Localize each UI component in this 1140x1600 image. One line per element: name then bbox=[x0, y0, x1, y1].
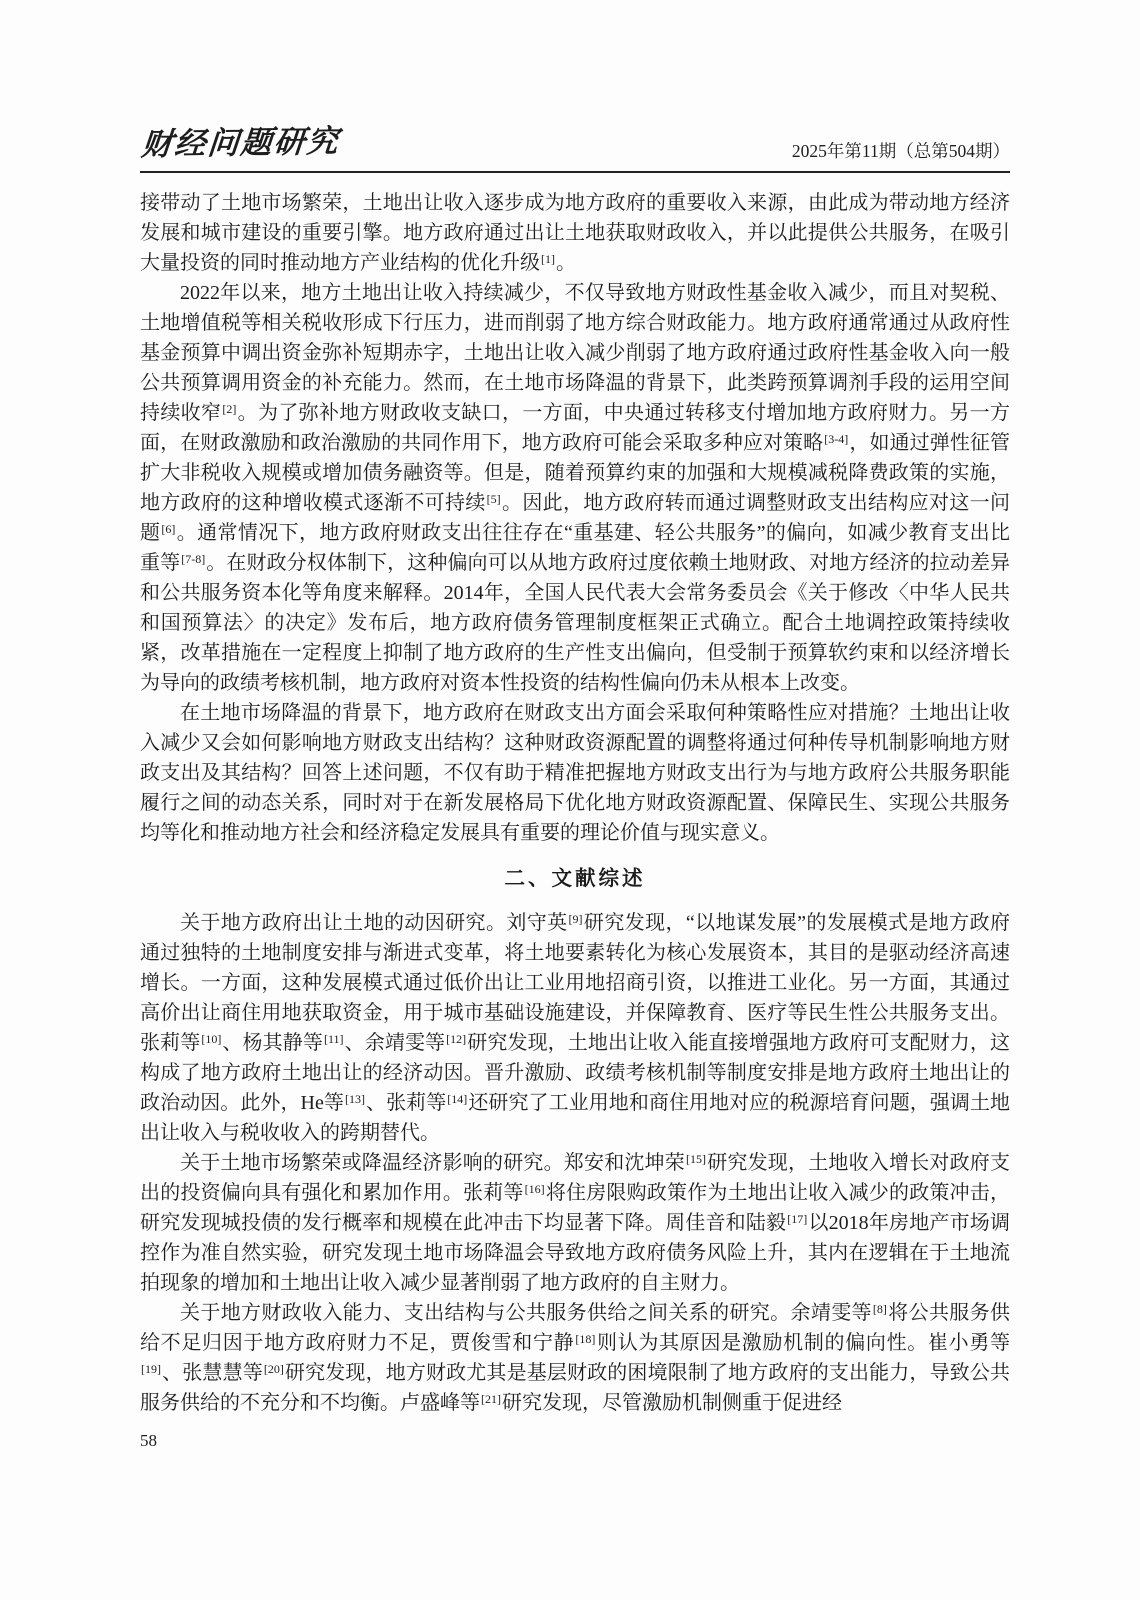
citation-ref: [11] bbox=[323, 1032, 345, 1046]
citation-ref: [16] bbox=[524, 1182, 546, 1196]
citation-ref: [6] bbox=[160, 522, 176, 536]
journal-page: 财经问题研究 2025年第11期（总第504期） 接带动了土地市场繁荣，土地出让… bbox=[0, 0, 1140, 1600]
journal-logo: 财经问题研究 bbox=[140, 125, 341, 163]
issue-info: 2025年第11期（总第504期） bbox=[792, 141, 1010, 162]
citation-ref: [8] bbox=[872, 1302, 888, 1316]
citation-ref: [14] bbox=[446, 1092, 468, 1106]
paragraph: 关于地方财政收入能力、支出结构与公共服务供给之间关系的研究。余靖雯等[8]将公共… bbox=[140, 1298, 1010, 1418]
citation-ref: [18] bbox=[574, 1332, 596, 1346]
paragraph: 关于土地市场繁荣或降温经济影响的研究。郑安和沈坤荣[15]研究发现，土地收入增长… bbox=[140, 1148, 1010, 1298]
citation-ref: [7-8] bbox=[180, 552, 206, 566]
citation-ref: [21] bbox=[480, 1392, 502, 1406]
citation-ref: [10] bbox=[200, 1032, 222, 1046]
citation-ref: [9] bbox=[568, 912, 584, 926]
citation-ref: [19] bbox=[140, 1362, 162, 1376]
citation-ref: [13] bbox=[344, 1092, 366, 1106]
paragraph: 接带动了土地市场繁荣，土地出让收入逐步成为地方政府的重要收入来源，由此成为带动地… bbox=[140, 188, 1010, 278]
citation-ref: [3-4] bbox=[823, 432, 849, 446]
page-header: 财经问题研究 2025年第11期（总第504期） bbox=[140, 128, 1010, 173]
citation-ref: [5] bbox=[486, 492, 502, 506]
paragraph: 在土地市场降温的背景下，地方政府在财政支出方面会采取何种策略性应对措施？土地出让… bbox=[140, 698, 1010, 848]
citation-ref: [12] bbox=[445, 1032, 467, 1046]
paragraph: 2022年以来，地方土地出让收入持续减少，不仅导致地方财政性基金收入减少，而且对… bbox=[140, 278, 1010, 698]
section-heading: 二、文献综述 bbox=[140, 864, 1010, 894]
citation-ref: [1] bbox=[540, 252, 556, 266]
citation-ref: [20] bbox=[263, 1362, 285, 1376]
citation-ref: [17] bbox=[786, 1212, 808, 1226]
citation-ref: [15] bbox=[685, 1152, 707, 1166]
article-body: 接带动了土地市场繁荣，土地出让收入逐步成为地方政府的重要收入来源，由此成为带动地… bbox=[140, 188, 1010, 1418]
page-number: 58 bbox=[140, 1431, 1010, 1451]
paragraph: 关于地方政府出让土地的动因研究。刘守英[9]研究发现，“以地谋发展”的发展模式是… bbox=[140, 908, 1010, 1148]
citation-ref: [2] bbox=[221, 402, 237, 416]
